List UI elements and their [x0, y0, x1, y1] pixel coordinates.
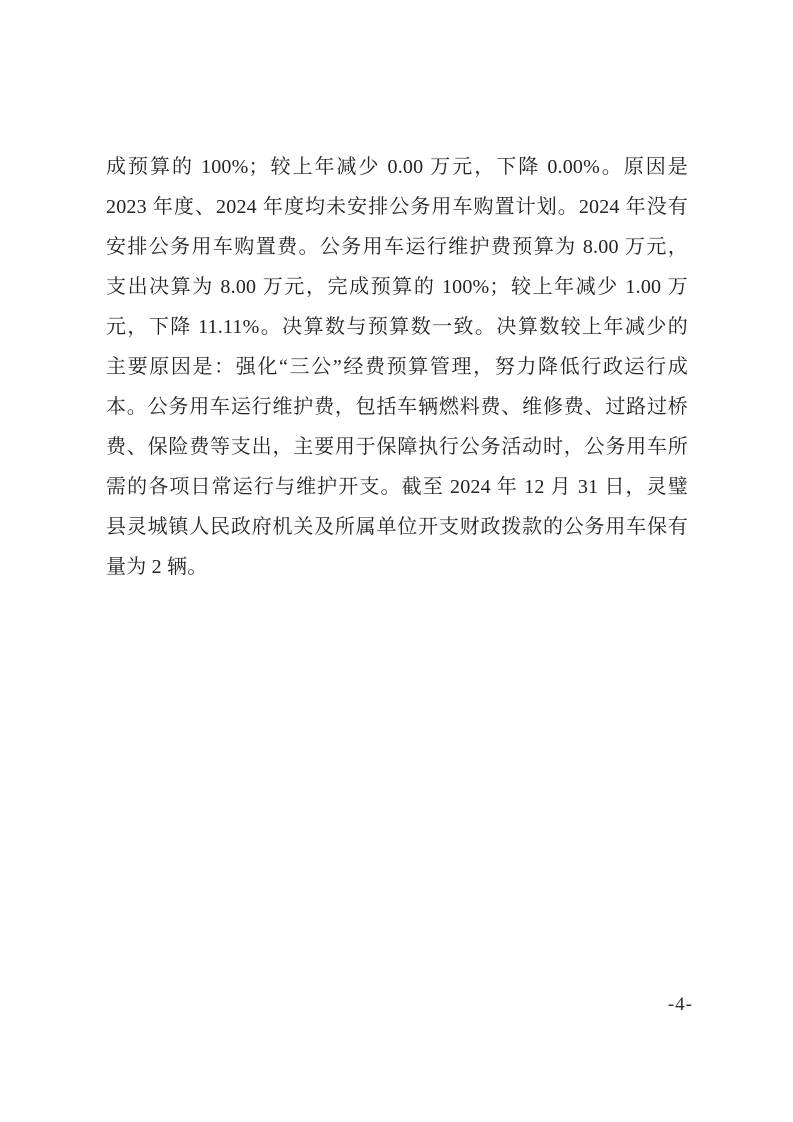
text-line: 安排公务用车购置费。公务用车运行维护费预算为 8.00 万元，	[106, 227, 688, 267]
text-line: 费、保险费等支出，主要用于保障执行公务活动时，公务用车所	[106, 427, 688, 467]
text-line: 支出决算为 8.00 万元，完成预算的 100%；较上年减少 1.00 万	[106, 267, 688, 307]
text-line: 成预算的 100%；较上年减少 0.00 万元，下降 0.00%。原因是	[106, 147, 688, 187]
text-line: 元，下降 11.11%。决算数与预算数一致。决算数较上年减少的	[106, 307, 688, 347]
text-line: 2023 年度、2024 年度均未安排公务用车购置计划。2024 年没有	[106, 187, 688, 227]
text-line: 主要原因是：强化“三公”经费预算管理，努力降低行政运行成	[106, 347, 688, 387]
text-line: 需的各项日常运行与维护开支。截至 2024 年 12 月 31 日，灵璧	[106, 467, 688, 507]
page-number: -4-	[668, 992, 693, 1018]
text-line: 量为 2 辆。	[106, 547, 688, 587]
body-paragraph: 成预算的 100%；较上年减少 0.00 万元，下降 0.00%。原因是2023…	[106, 147, 688, 587]
text-line: 县灵城镇人民政府机关及所属单位开支财政拨款的公务用车保有	[106, 507, 688, 547]
text-line: 本。公务用车运行维护费，包括车辆燃料费、维修费、过路过桥	[106, 387, 688, 427]
document-page: 成预算的 100%；较上年减少 0.00 万元，下降 0.00%。原因是2023…	[0, 0, 793, 1122]
